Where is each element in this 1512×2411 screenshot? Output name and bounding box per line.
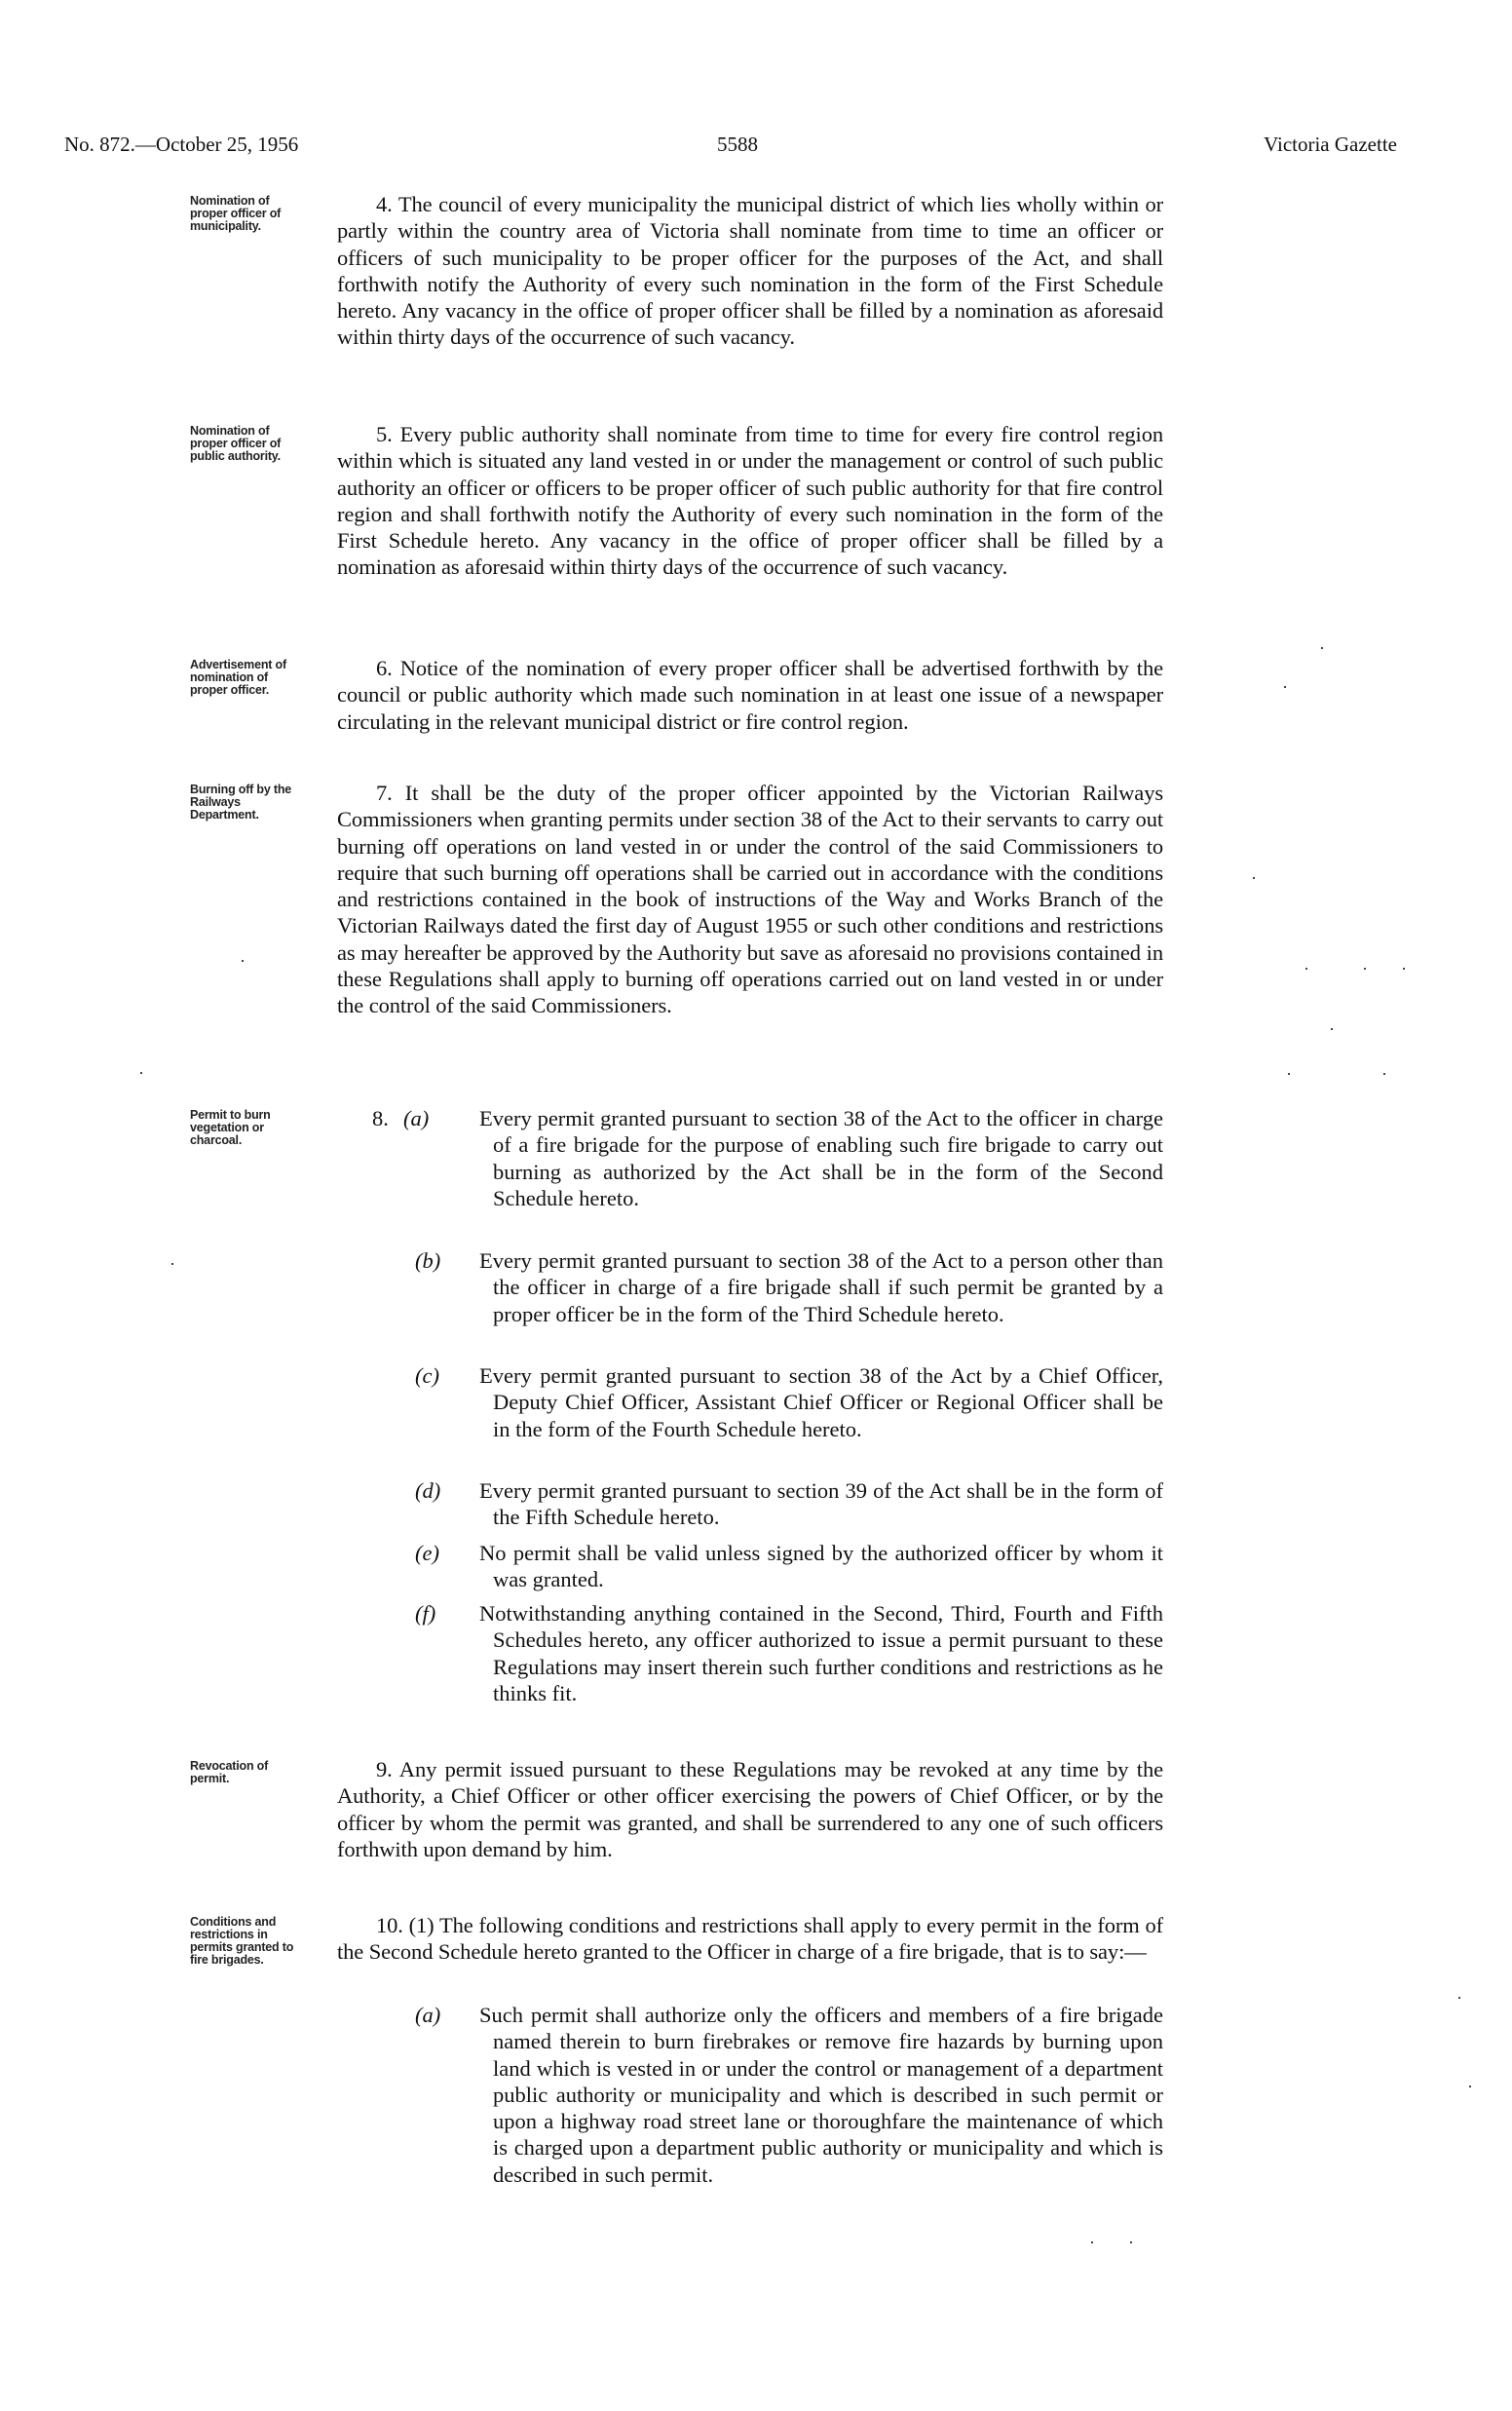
subclause-text: No permit shall be valid unless signed b… bbox=[493, 1540, 1163, 1593]
margin-note: Nomination of proper officer of public a… bbox=[190, 425, 307, 463]
subclause-d: (d) Every permit granted pursuant to sec… bbox=[337, 1477, 1163, 1531]
scan-speck bbox=[1458, 1997, 1460, 1999]
subclause-text: Every permit granted pursuant to section… bbox=[493, 1105, 1163, 1211]
scan-speck bbox=[1284, 686, 1286, 688]
subclause-label: (b) bbox=[415, 1247, 440, 1274]
regulation-text: 9. Any permit issued pursuant to these R… bbox=[337, 1756, 1163, 1862]
scan-speck bbox=[1403, 968, 1405, 970]
subclause-text: Such permit shall authorize only the off… bbox=[493, 2002, 1163, 2188]
scan-speck bbox=[1469, 2086, 1471, 2087]
subclause-label: (a) bbox=[403, 1105, 429, 1131]
subclause-label: (d) bbox=[415, 1477, 440, 1504]
regulation-text: 10. (1) The following conditions and res… bbox=[337, 1912, 1163, 1966]
subclause-c: (c) Every permit granted pursuant to sec… bbox=[337, 1362, 1163, 1442]
regulation-text: 6. Notice of the nomination of every pro… bbox=[337, 655, 1163, 735]
subclause-text: Notwithstanding anything contained in th… bbox=[493, 1600, 1163, 1706]
margin-note: Burning off by the Railways Department. bbox=[190, 784, 307, 822]
scan-speck bbox=[1288, 1073, 1290, 1075]
scan-speck bbox=[1091, 2241, 1093, 2243]
scan-speck bbox=[1305, 968, 1307, 970]
margin-note: Revocation of permit. bbox=[190, 1760, 307, 1785]
scan-speck bbox=[1383, 1073, 1385, 1075]
scan-speck bbox=[1364, 968, 1366, 970]
scan-speck bbox=[1331, 1028, 1333, 1030]
regulation-text: 4. The council of every municipality the… bbox=[337, 191, 1163, 351]
scan-speck bbox=[171, 1263, 173, 1265]
scan-speck bbox=[1253, 877, 1255, 879]
scan-speck bbox=[242, 960, 244, 962]
margin-note: Nomination of proper officer of municipa… bbox=[190, 195, 307, 233]
subclause-text: Every permit granted pursuant to section… bbox=[493, 1247, 1163, 1327]
subclause-a: 8. (a) Every permit granted pursuant to … bbox=[337, 1105, 1163, 1211]
scan-speck bbox=[1321, 647, 1323, 649]
margin-note: Permit to burn vegetation or charcoal. bbox=[190, 1109, 307, 1147]
regulation-text: 5. Every public authority shall nominate… bbox=[337, 421, 1163, 581]
subclause-text: Every permit granted pursuant to section… bbox=[493, 1477, 1163, 1531]
subclause-f: (f) Notwithstanding anything contained i… bbox=[337, 1600, 1163, 1706]
subclause-label: (a) bbox=[415, 2002, 440, 2028]
subclause-e: (e) No permit shall be valid unless sign… bbox=[337, 1540, 1163, 1593]
regulation-text: 7. It shall be the duty of the proper of… bbox=[337, 780, 1163, 1019]
clause-number: 8. bbox=[372, 1105, 389, 1131]
subclause-label: (f) bbox=[415, 1600, 435, 1626]
issue-date: No. 872.—October 25, 1956 bbox=[64, 133, 298, 157]
scan-speck bbox=[1130, 2241, 1132, 2243]
margin-note: Conditions and restrictions in permits g… bbox=[190, 1916, 307, 1967]
subclause-b: (b) Every permit granted pursuant to sec… bbox=[337, 1247, 1163, 1327]
subclause-label: (c) bbox=[415, 1362, 439, 1389]
subclause-text: Every permit granted pursuant to section… bbox=[493, 1362, 1163, 1442]
scan-speck bbox=[140, 1072, 142, 1074]
page-header: No. 872.—October 25, 1956 5588 Victoria … bbox=[0, 133, 1512, 162]
margin-note: Advertisement of nomination of proper of… bbox=[190, 659, 307, 697]
publication-title: Victoria Gazette bbox=[1264, 133, 1397, 157]
page-number: 5588 bbox=[717, 133, 758, 157]
subclause-a: (a) Such permit shall authorize only the… bbox=[337, 2002, 1163, 2188]
subclause-label: (e) bbox=[415, 1540, 439, 1566]
